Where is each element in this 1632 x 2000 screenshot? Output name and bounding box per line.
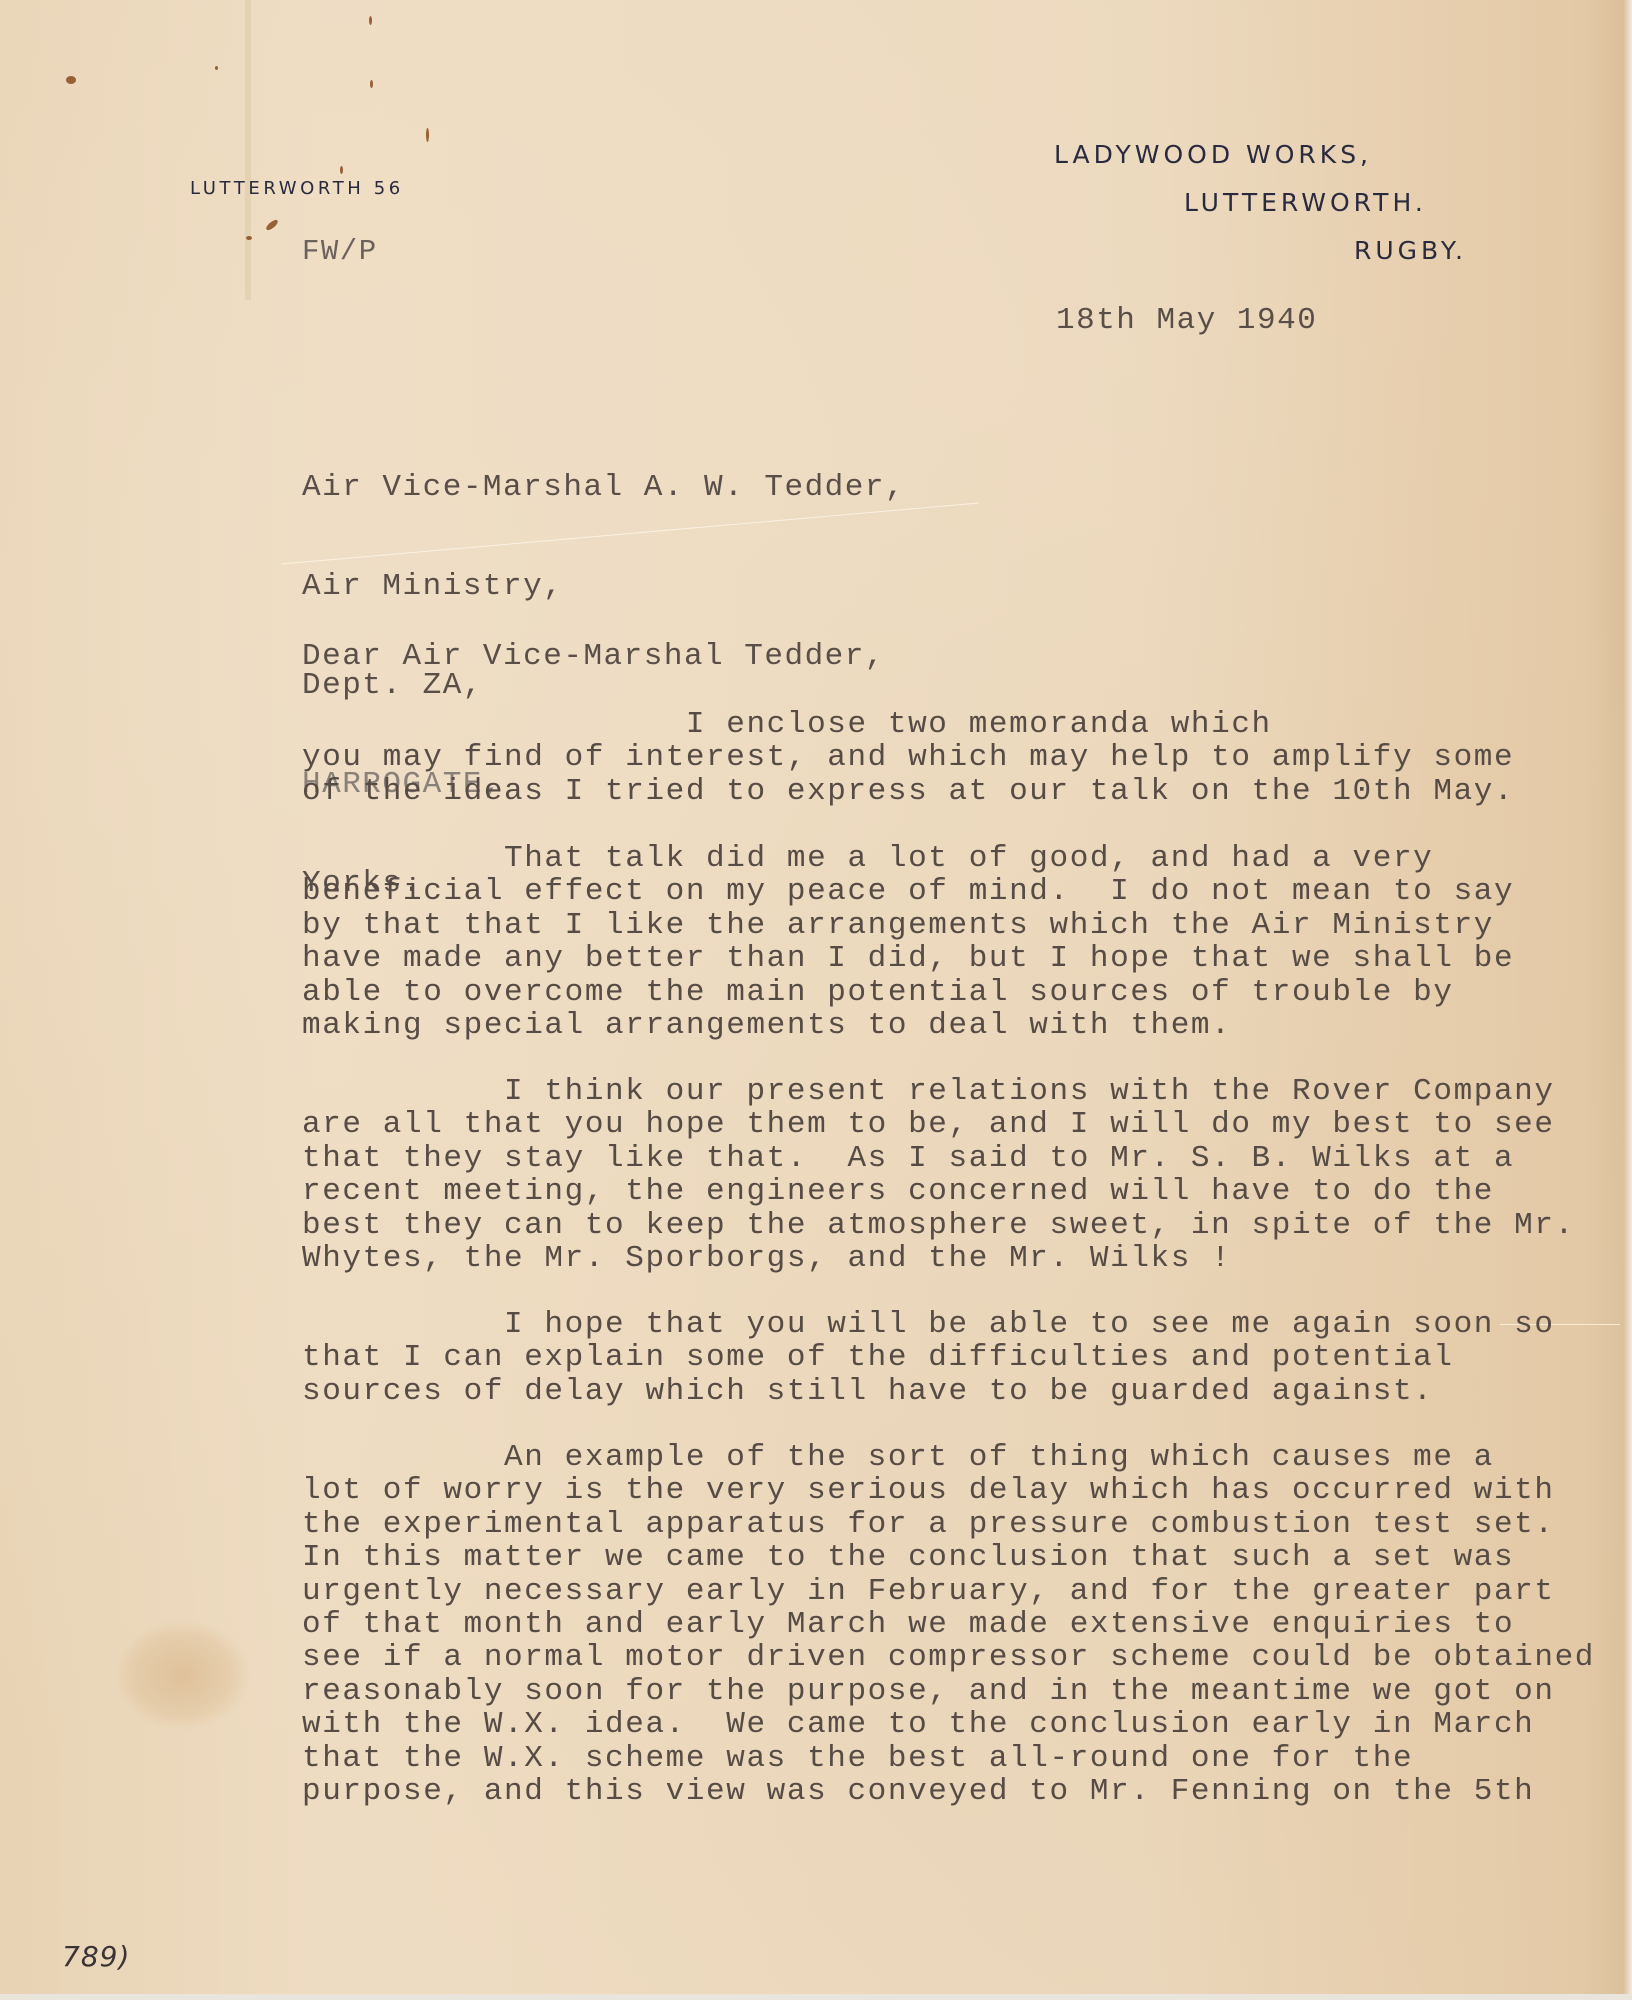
rust-stain xyxy=(370,80,373,88)
body-line: That talk did me a lot of good, and had … xyxy=(302,842,1514,875)
body-line: urgently necessary early in February, an… xyxy=(302,1575,1595,1608)
body-paragraph: An example of the sort of thing which ca… xyxy=(302,1441,1595,1808)
body-line: I hope that you will be able to see me a… xyxy=(302,1308,1555,1341)
body-line: recent meeting, the engineers concerned … xyxy=(302,1175,1575,1208)
body-paragraph: I hope that you will be able to see me a… xyxy=(302,1308,1555,1408)
letterhead-phone: LUTTERWORTH 56 xyxy=(190,178,404,199)
body-line: lot of worry is the very serious delay w… xyxy=(302,1474,1595,1507)
letterhead-address-line: RUGBY. xyxy=(1354,236,1467,265)
body-line: beneficial effect on my peace of mind. I… xyxy=(302,875,1514,908)
letterhead-address-line: LUTTERWORTH. xyxy=(1184,188,1427,217)
body-line: In this matter we came to the conclusion… xyxy=(302,1541,1595,1574)
handwritten-page-number: 789) xyxy=(62,1940,130,1973)
body-line: by that that I like the arrangements whi… xyxy=(302,909,1514,942)
recipient-address-line: Air Vice-Marshal A. W. Tedder, xyxy=(302,471,905,504)
body-line: I think our present relations with the R… xyxy=(302,1075,1575,1108)
body-paragraph: I think our present relations with the R… xyxy=(302,1075,1575,1275)
body-line: purpose, and this view was conveyed to M… xyxy=(302,1775,1595,1808)
letter-date: 18th May 1940 xyxy=(1056,304,1317,337)
rust-stain xyxy=(66,76,76,84)
letterhead-address-line: LADYWOOD WORKS, xyxy=(1054,140,1372,169)
body-paragraph: I enclose two memoranda which you may fi… xyxy=(302,708,1514,808)
body-line: of the ideas I tried to express at our t… xyxy=(302,775,1514,808)
body-line: reasonably soon for the purpose, and in … xyxy=(302,1675,1595,1708)
body-line: able to overcome the main potential sour… xyxy=(302,976,1514,1009)
rust-stain xyxy=(340,166,343,174)
rust-stain xyxy=(265,218,280,232)
rust-stain xyxy=(246,236,252,240)
body-line: that the W.X. scheme was the best all-ro… xyxy=(302,1742,1595,1775)
body-line: I enclose two memoranda which xyxy=(302,708,1514,741)
body-line: that I can explain some of the difficult… xyxy=(302,1341,1555,1374)
rust-stain xyxy=(369,16,372,25)
reference-code: FW/P xyxy=(302,235,378,268)
body-line: An example of the sort of thing which ca… xyxy=(302,1441,1595,1474)
body-line: with the W.X. idea. We came to the concl… xyxy=(302,1708,1595,1741)
body-line: are all that you hope them to be, and I … xyxy=(302,1108,1575,1141)
body-line: best they can to keep the atmosphere swe… xyxy=(302,1209,1575,1242)
body-line: the experimental apparatus for a pressur… xyxy=(302,1508,1595,1541)
body-line: you may find of interest, and which may … xyxy=(302,741,1514,774)
body-line: of that month and early March we made ex… xyxy=(302,1608,1595,1641)
rust-stain xyxy=(426,128,429,142)
paper-right-edge xyxy=(1624,0,1632,2000)
body-line: making special arrangements to deal with… xyxy=(302,1009,1514,1042)
body-line: have made any better than I did, but I h… xyxy=(302,942,1514,975)
body-paragraph: That talk did me a lot of good, and had … xyxy=(302,842,1514,1042)
body-line: sources of delay which still have to be … xyxy=(302,1375,1555,1408)
recipient-address-line: Air Ministry, xyxy=(302,570,905,603)
body-line: that they stay like that. As I said to M… xyxy=(302,1142,1575,1175)
fingerprint-smudge xyxy=(115,1620,250,1730)
salutation: Dear Air Vice-Marshal Tedder, xyxy=(302,640,885,673)
paper-bottom-edge xyxy=(0,1994,1632,2000)
body-line: see if a normal motor driven compressor … xyxy=(302,1641,1595,1674)
paper-fold-mark xyxy=(245,0,251,300)
rust-stain xyxy=(215,66,218,70)
body-line: Whytes, the Mr. Sporborgs, and the Mr. W… xyxy=(302,1242,1575,1275)
